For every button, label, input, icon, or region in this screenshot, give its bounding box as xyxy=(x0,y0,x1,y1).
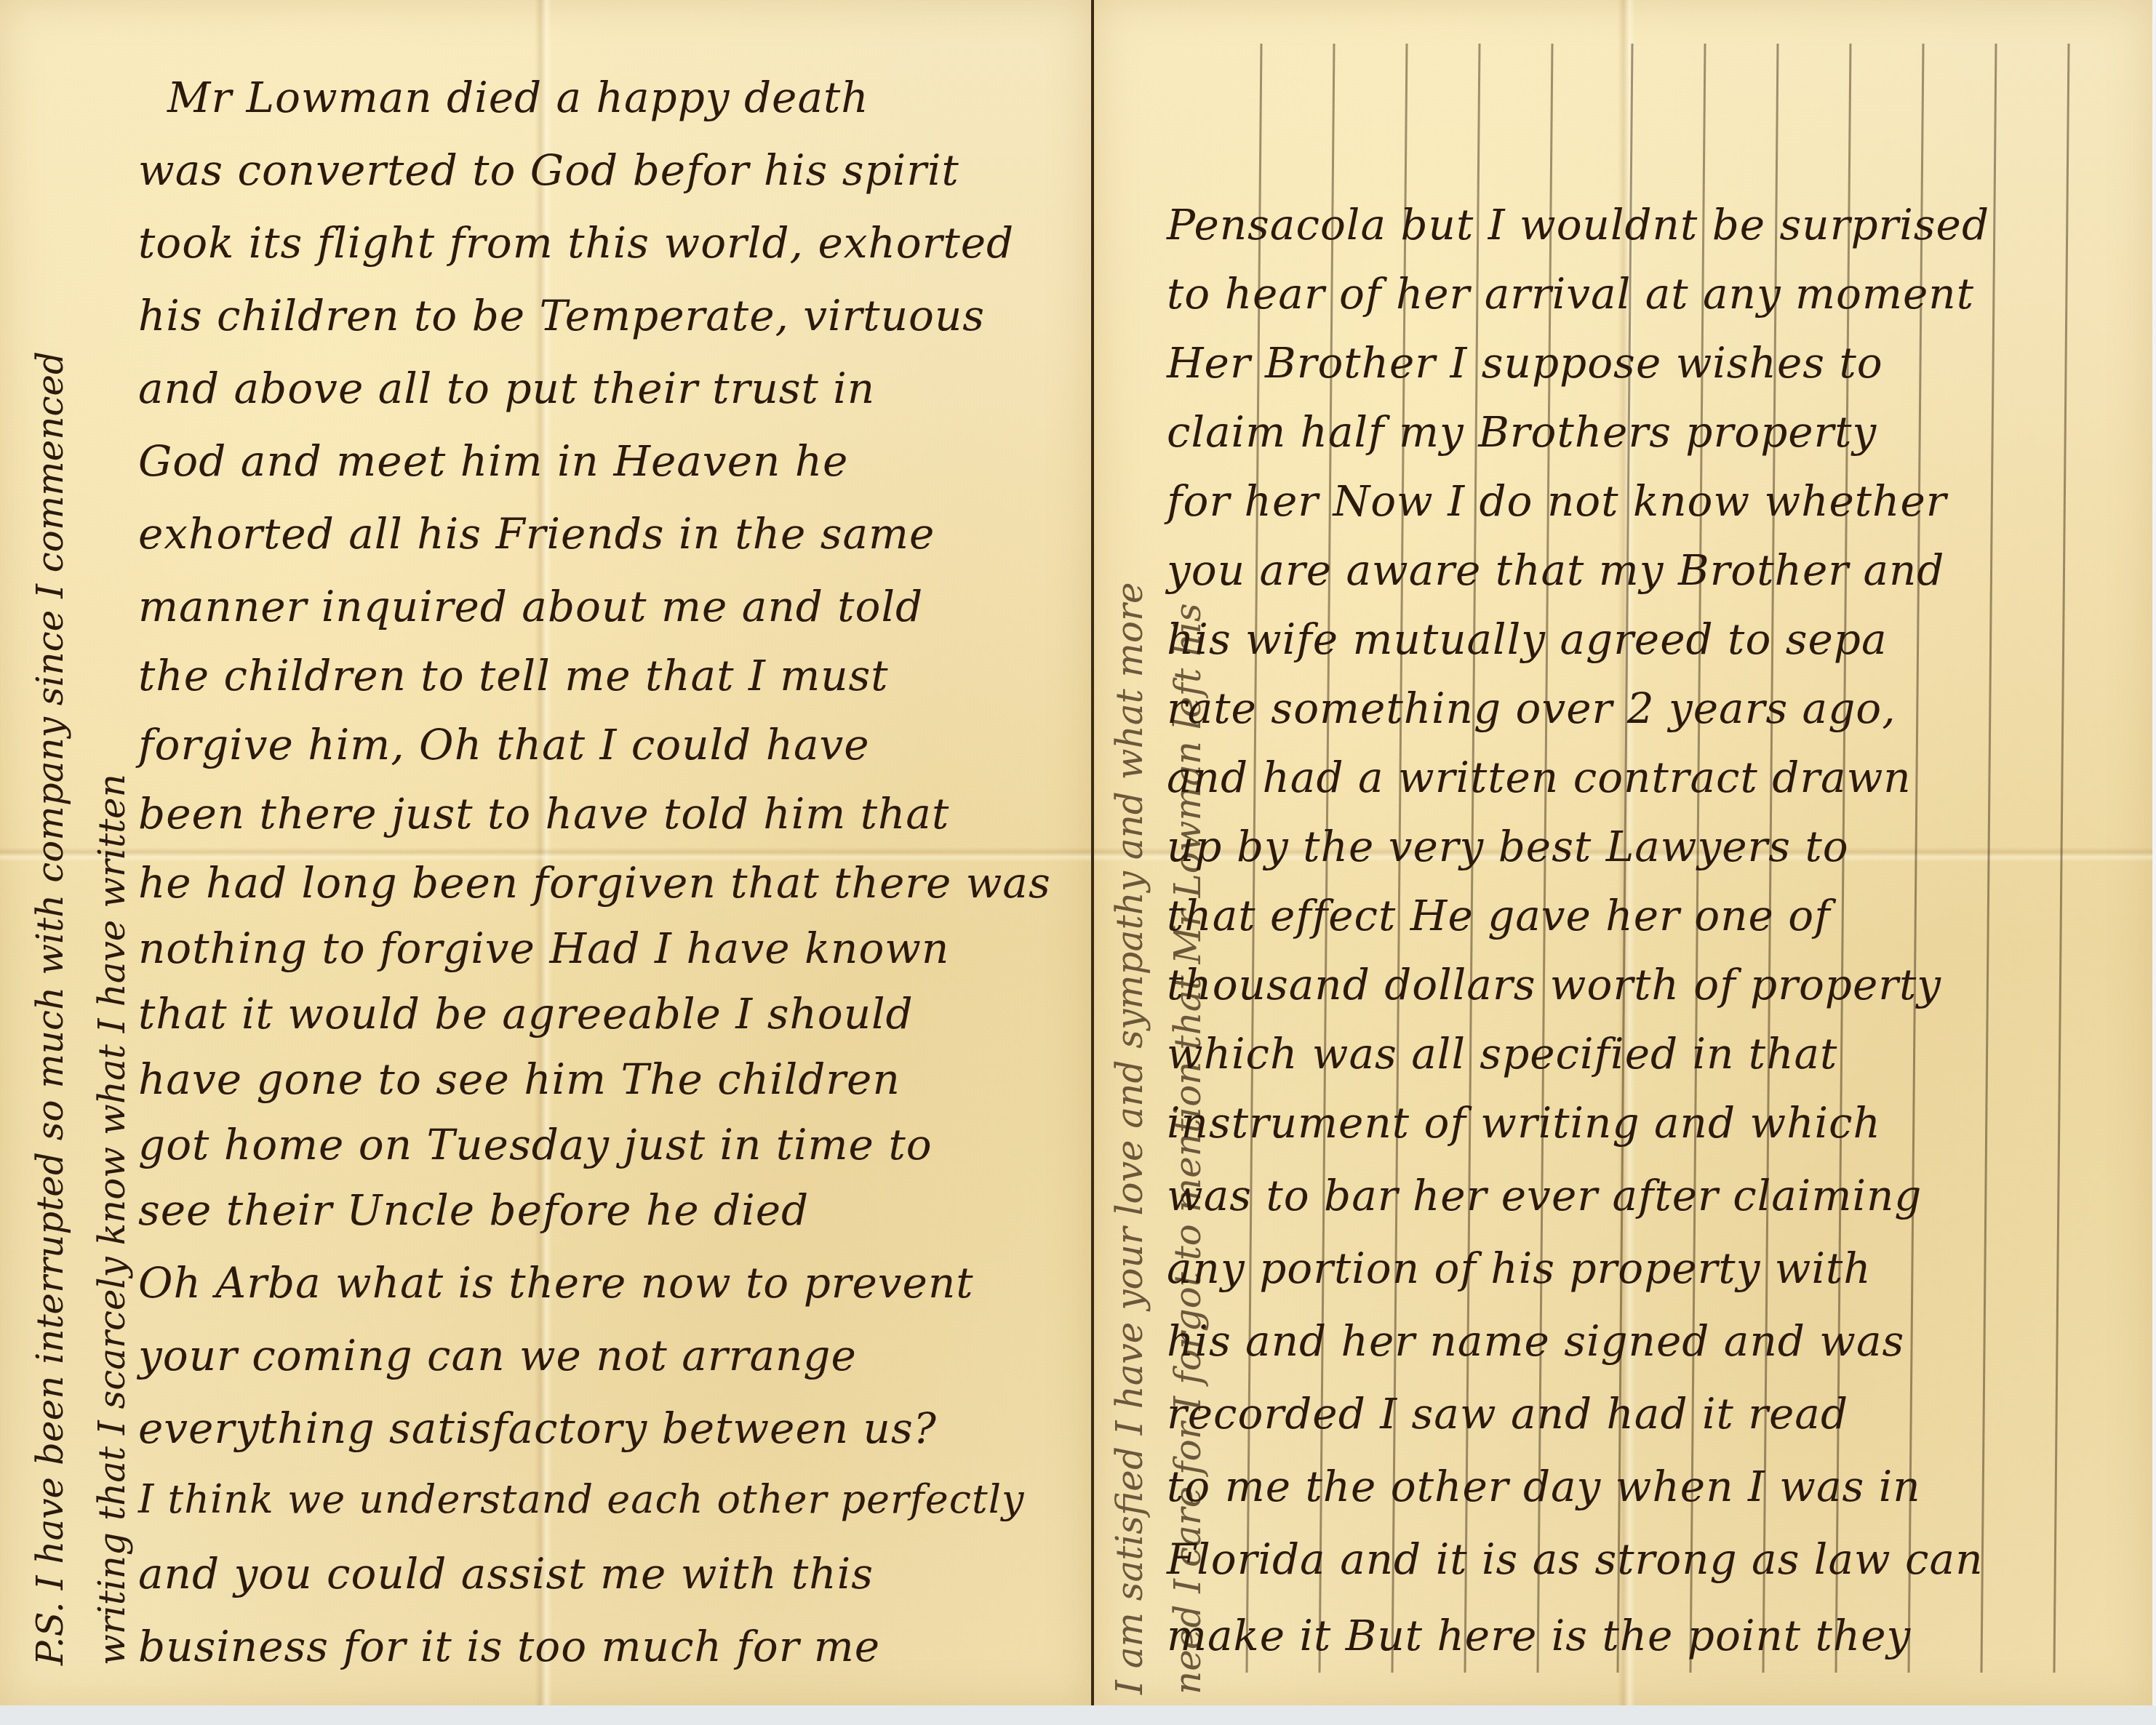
text-line: any portion of his property with xyxy=(1167,1244,1872,1293)
text-line: and you could assist me with this xyxy=(138,1549,874,1598)
text-line: recorded I saw and had it read xyxy=(1167,1389,1848,1438)
text-line: business for it is too much for me xyxy=(138,1622,880,1671)
text-line: he had long been forgiven that there was xyxy=(138,858,1051,908)
text-line: that effect He gave her one of xyxy=(1167,891,1831,940)
text-line: his and her name signed and was xyxy=(1167,1316,1904,1366)
text-line: I think we understand each other perfect… xyxy=(138,1476,1025,1522)
text-line: and above all to put their trust in xyxy=(138,364,875,413)
text-line: exhorted all his Friends in the same xyxy=(138,509,935,559)
text-line: nothing to forgive Had I have known xyxy=(138,924,949,973)
text-line: that it would be agreeable I should xyxy=(138,989,914,1038)
text-line: up by the very best Lawyers to xyxy=(1167,822,1849,871)
margin-postscript-line-2: writing that I scarcely know what I have… xyxy=(91,774,133,1665)
text-line: make it But here is the point they xyxy=(1167,1611,1911,1660)
left-page: Mr Lowman died a happy death was convert… xyxy=(0,0,1091,1705)
text-line: God and meet him in Heaven he xyxy=(138,436,848,486)
text-line: Oh Arba what is there now to prevent xyxy=(138,1258,974,1308)
text-line: been there just to have told him that xyxy=(138,789,949,839)
cross-written-line: I am satisfied I have your love and symp… xyxy=(1109,582,1151,1694)
text-line: his wife mutually agreed to sepa xyxy=(1167,615,1888,664)
text-line: thousand dollars worth of property xyxy=(1167,960,1941,1009)
text-line: was to bar her ever after claiming xyxy=(1167,1171,1922,1220)
text-line: and had a written contract drawn xyxy=(1167,753,1912,802)
text-line: everything satisfactory between us? xyxy=(138,1404,937,1453)
margin-postscript-line-1: P.S. I have been interrupted so much wit… xyxy=(29,351,71,1665)
text-line: instrument of writing and which xyxy=(1167,1098,1881,1148)
text-line: which was all specified in that xyxy=(1167,1029,1837,1078)
text-line: to hear of her arrival at any moment xyxy=(1167,269,1974,319)
text-line: see their Uncle before he died xyxy=(138,1185,809,1235)
text-line: Florida and it is as strong as law can xyxy=(1167,1534,1984,1584)
text-line: for her Now I do not know whether xyxy=(1167,476,1947,526)
text-line: to me the other day when I was in xyxy=(1167,1462,1921,1511)
scan-background-strip xyxy=(0,1705,2156,1725)
text-line: Mr Lowman died a happy death xyxy=(167,73,869,122)
text-line: have gone to see him The children xyxy=(138,1054,901,1104)
text-line: took its flight from this world, exhorte… xyxy=(138,218,1014,268)
right-page: I am satisfied I have your love and symp… xyxy=(1091,0,2152,1705)
text-line: you are aware that my Brother and xyxy=(1167,545,1945,595)
text-line: his children to be Temperate, virtuous xyxy=(138,291,985,340)
text-line: got home on Tuesday just in time to xyxy=(138,1120,933,1169)
text-line: the children to tell me that I must xyxy=(138,651,889,700)
text-line: claim half my Brothers property xyxy=(1167,407,1877,457)
text-line: Her Brother I suppose wishes to xyxy=(1167,338,1883,388)
text-line: rate something over 2 years ago, xyxy=(1167,684,1896,733)
text-line: manner inquired about me and told xyxy=(138,582,923,631)
letter-scan: Mr Lowman died a happy death was convert… xyxy=(0,0,2156,1725)
text-line: forgive him, Oh that I could have xyxy=(138,720,870,769)
text-line: Pensacola but I wouldnt be surprised xyxy=(1167,200,1989,249)
text-line: was converted to God befor his spirit xyxy=(138,145,959,195)
text-line: your coming can we not arrange xyxy=(138,1331,857,1380)
